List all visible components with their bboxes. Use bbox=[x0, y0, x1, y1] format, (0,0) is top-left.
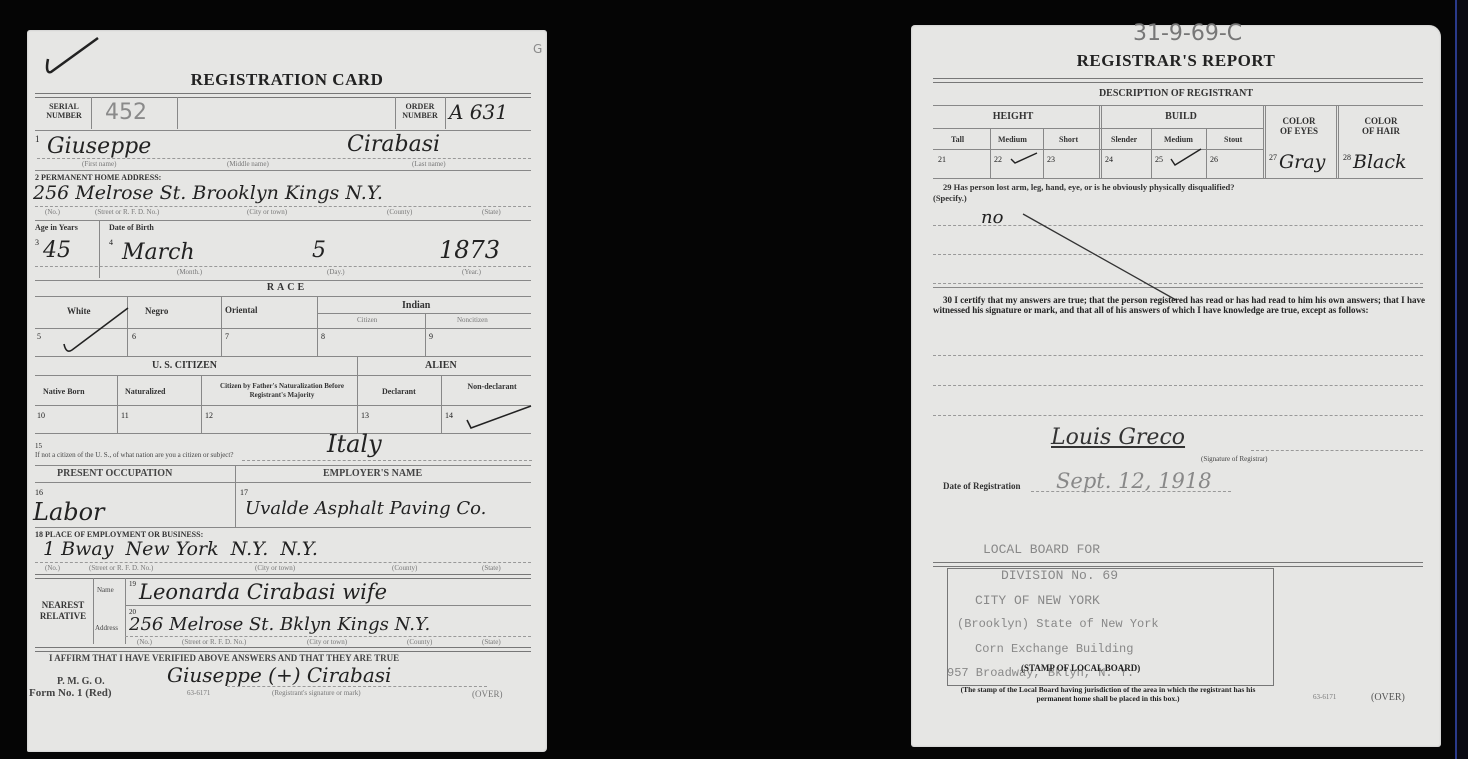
affirm-statement: I AFFIRM THAT I HAVE VERIFIED ABOVE ANSW… bbox=[49, 653, 399, 663]
registrant-signature: Giuseppe (+) Cirabasi bbox=[167, 663, 391, 687]
birth-month-value: March bbox=[122, 240, 195, 265]
date-of-registration-value: Sept. 12, 1918 bbox=[1056, 469, 1212, 493]
question-30: 30 I certify that my answers are true; t… bbox=[933, 295, 1425, 315]
build-medium-check-icon bbox=[1169, 147, 1203, 167]
birth-day-value: 5 bbox=[312, 238, 326, 263]
height-medium-check-icon bbox=[1009, 149, 1039, 165]
relative-name-value: Leonarda Cirabasi wife bbox=[139, 580, 387, 604]
stamp-note: (The stamp of the Local Board having jur… bbox=[943, 685, 1273, 703]
home-address-label: 2 PERMANENT HOME ADDRESS: bbox=[35, 173, 161, 182]
last-name-value: Cirabasi bbox=[347, 132, 440, 157]
non-declarant-check-icon bbox=[465, 402, 535, 432]
employer-value: Uvalde Asphalt Paving Co. bbox=[245, 498, 486, 519]
serial-number-value: 452 bbox=[105, 100, 147, 125]
order-number-label: ORDERNUMBER bbox=[397, 102, 443, 120]
occupation-value: Labor bbox=[33, 498, 105, 526]
registrars-report-back: 31-9-69-C REGISTRAR'S REPORT DESCRIPTION… bbox=[911, 25, 1441, 747]
corner-mark: G bbox=[533, 42, 542, 56]
place-of-employment-value: 1 Bway New York N.Y. N.Y. bbox=[43, 538, 318, 560]
question-29: 29 Has person lost arm, leg, hand, eye, … bbox=[943, 182, 1234, 192]
nearest-relative-label: NEARESTRELATIVE bbox=[35, 600, 91, 622]
description-heading: DESCRIPTION OF REGISTRANT bbox=[911, 88, 1441, 99]
hair-color-value: Black bbox=[1353, 151, 1407, 173]
serial-number-label: SERIALNUMBER bbox=[39, 102, 89, 120]
card-title: REGISTRATION CARD bbox=[27, 70, 547, 90]
relative-address-value: 256 Melrose St. Bklyn Kings N.Y. bbox=[129, 614, 430, 635]
age-value: 45 bbox=[43, 238, 71, 263]
window-edge bbox=[1455, 0, 1468, 759]
home-address-value: 256 Melrose St. Brooklyn Kings N.Y. bbox=[33, 182, 383, 204]
order-number-value: A 631 bbox=[449, 100, 508, 124]
birth-year-value: 1873 bbox=[439, 236, 500, 264]
first-name-value: Giuseppe bbox=[47, 134, 151, 159]
strike-line bbox=[1021, 212, 1181, 302]
race-heading: RACE bbox=[27, 282, 547, 293]
white-check-icon bbox=[62, 306, 132, 356]
eye-color-value: Gray bbox=[1279, 151, 1325, 173]
registration-card-front: G REGISTRATION CARD SERIALNUMBER 452 ORD… bbox=[27, 30, 547, 752]
registrar-signature: Louis Greco bbox=[1051, 425, 1185, 450]
date-of-registration-label: Date of Registration bbox=[943, 481, 1020, 491]
report-title: REGISTRAR'S REPORT bbox=[911, 51, 1441, 71]
nation-value: Italy bbox=[327, 430, 382, 458]
file-number: 31-9-69-C bbox=[1133, 21, 1242, 46]
